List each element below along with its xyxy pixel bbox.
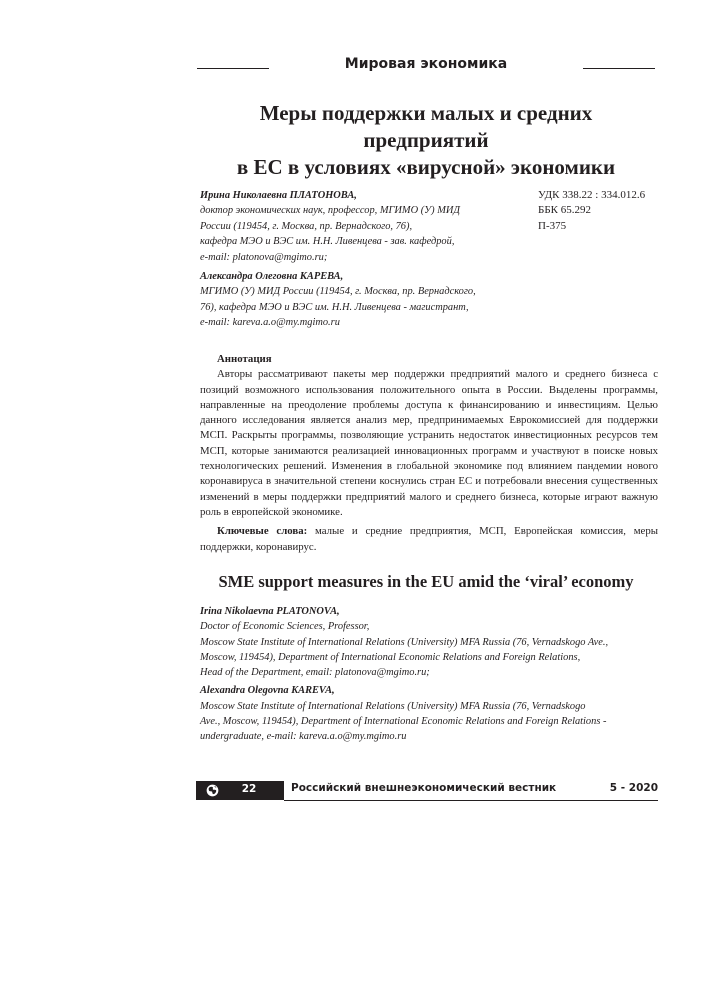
author-name: Irina Nikolaevna PLATONOVA, (200, 604, 662, 619)
author-name: Alexandra Olegovna KAREVA, (200, 683, 662, 698)
author-block: Irina Nikolaevna PLATONOVA, Doctor of Ec… (200, 604, 662, 680)
author-affiliation-line: Ave., Moscow, 119454), Department of Int… (200, 714, 662, 729)
article-title-en: SME support measures in the EU amid the … (195, 572, 657, 592)
author-affiliation-line: Moscow State Institute of International … (200, 635, 662, 650)
keywords: Ключевые слова: малые и средние предприя… (200, 524, 658, 555)
author-affiliation-line: кафедра МЭО и ВЭС им. Н.Н. Ливенцева - з… (200, 234, 520, 249)
author-affiliation-line: Moscow, 119454), Department of Internati… (200, 650, 662, 665)
issue-number: 5 - 2020 (610, 782, 658, 794)
author-affiliation-line: 76), кафедра МЭО и ВЭС им. Н.Н. Ливенцев… (200, 300, 520, 315)
author-affiliation-line: Moscow State Institute of International … (200, 699, 662, 714)
author-name: Александра Олеговна КАРЕВА, (200, 269, 520, 284)
page-number: 22 (234, 783, 264, 795)
author-email: e-mail: platonova@mgimo.ru; (200, 250, 520, 265)
globe-icon (206, 784, 219, 797)
author-block: Александра Олеговна КАРЕВА, МГИМО (У) МИ… (200, 269, 520, 331)
author-email: Head of the Department, email: platonova… (200, 665, 662, 680)
keywords-label: Ключевые слова: (217, 525, 307, 537)
index-code: П-375 (538, 219, 688, 234)
footer-page-block: 22 (196, 781, 284, 800)
author-block: Ирина Николаевна ПЛАТОНОВА, доктор эконо… (200, 188, 520, 265)
title-line: Меры поддержки малых и средних предприят… (195, 100, 657, 154)
abstract-text: Авторы рассматривают пакеты мер поддержк… (200, 367, 658, 520)
section-header: Мировая экономика (195, 56, 657, 78)
udc-code: УДК 338.22 : 334.012.6 (538, 188, 688, 203)
authors-ru: Ирина Николаевна ПЛАТОНОВА, доктор эконо… (200, 188, 520, 331)
author-block: Alexandra Olegovna KAREVA, Moscow State … (200, 683, 662, 744)
author-name: Ирина Николаевна ПЛАТОНОВА, (200, 188, 520, 203)
footer-rule (284, 800, 658, 801)
author-affiliation-line: Doctor of Economic Sciences, Professor, (200, 619, 662, 634)
title-line: в ЕС в условиях «вирусной» экономики (195, 154, 657, 181)
header-rule-right (583, 68, 655, 69)
author-affiliation-line: МГИМО (У) МИД России (119454, г. Москва,… (200, 284, 520, 299)
author-email: undergraduate, e-mail: kareva.a.o@my.mgi… (200, 729, 662, 744)
author-email: e-mail: kareva.a.o@my.mgimo.ru (200, 315, 520, 330)
classification-codes: УДК 338.22 : 334.012.6 ББК 65.292 П-375 (538, 188, 688, 234)
author-affiliation-line: России (119454, г. Москва, пр. Вернадско… (200, 219, 520, 234)
authors-en: Irina Nikolaevna PLATONOVA, Doctor of Ec… (200, 604, 662, 745)
page-footer: 22 Российский внешнеэкономический вестни… (196, 781, 658, 803)
section-title: Мировая экономика (195, 56, 657, 72)
author-affiliation-line: доктор экономических наук, профессор, МГ… (200, 203, 520, 218)
abstract-heading: Аннотация (200, 352, 658, 367)
journal-name: Российский внешнеэкономический вестник (291, 782, 556, 794)
bbk-code: ББК 65.292 (538, 203, 688, 218)
article-title-ru: Меры поддержки малых и средних предприят… (195, 100, 657, 181)
journal-page: Мировая экономика Меры поддержки малых и… (0, 0, 710, 1003)
abstract: Аннотация Авторы рассматривают пакеты ме… (200, 352, 658, 555)
